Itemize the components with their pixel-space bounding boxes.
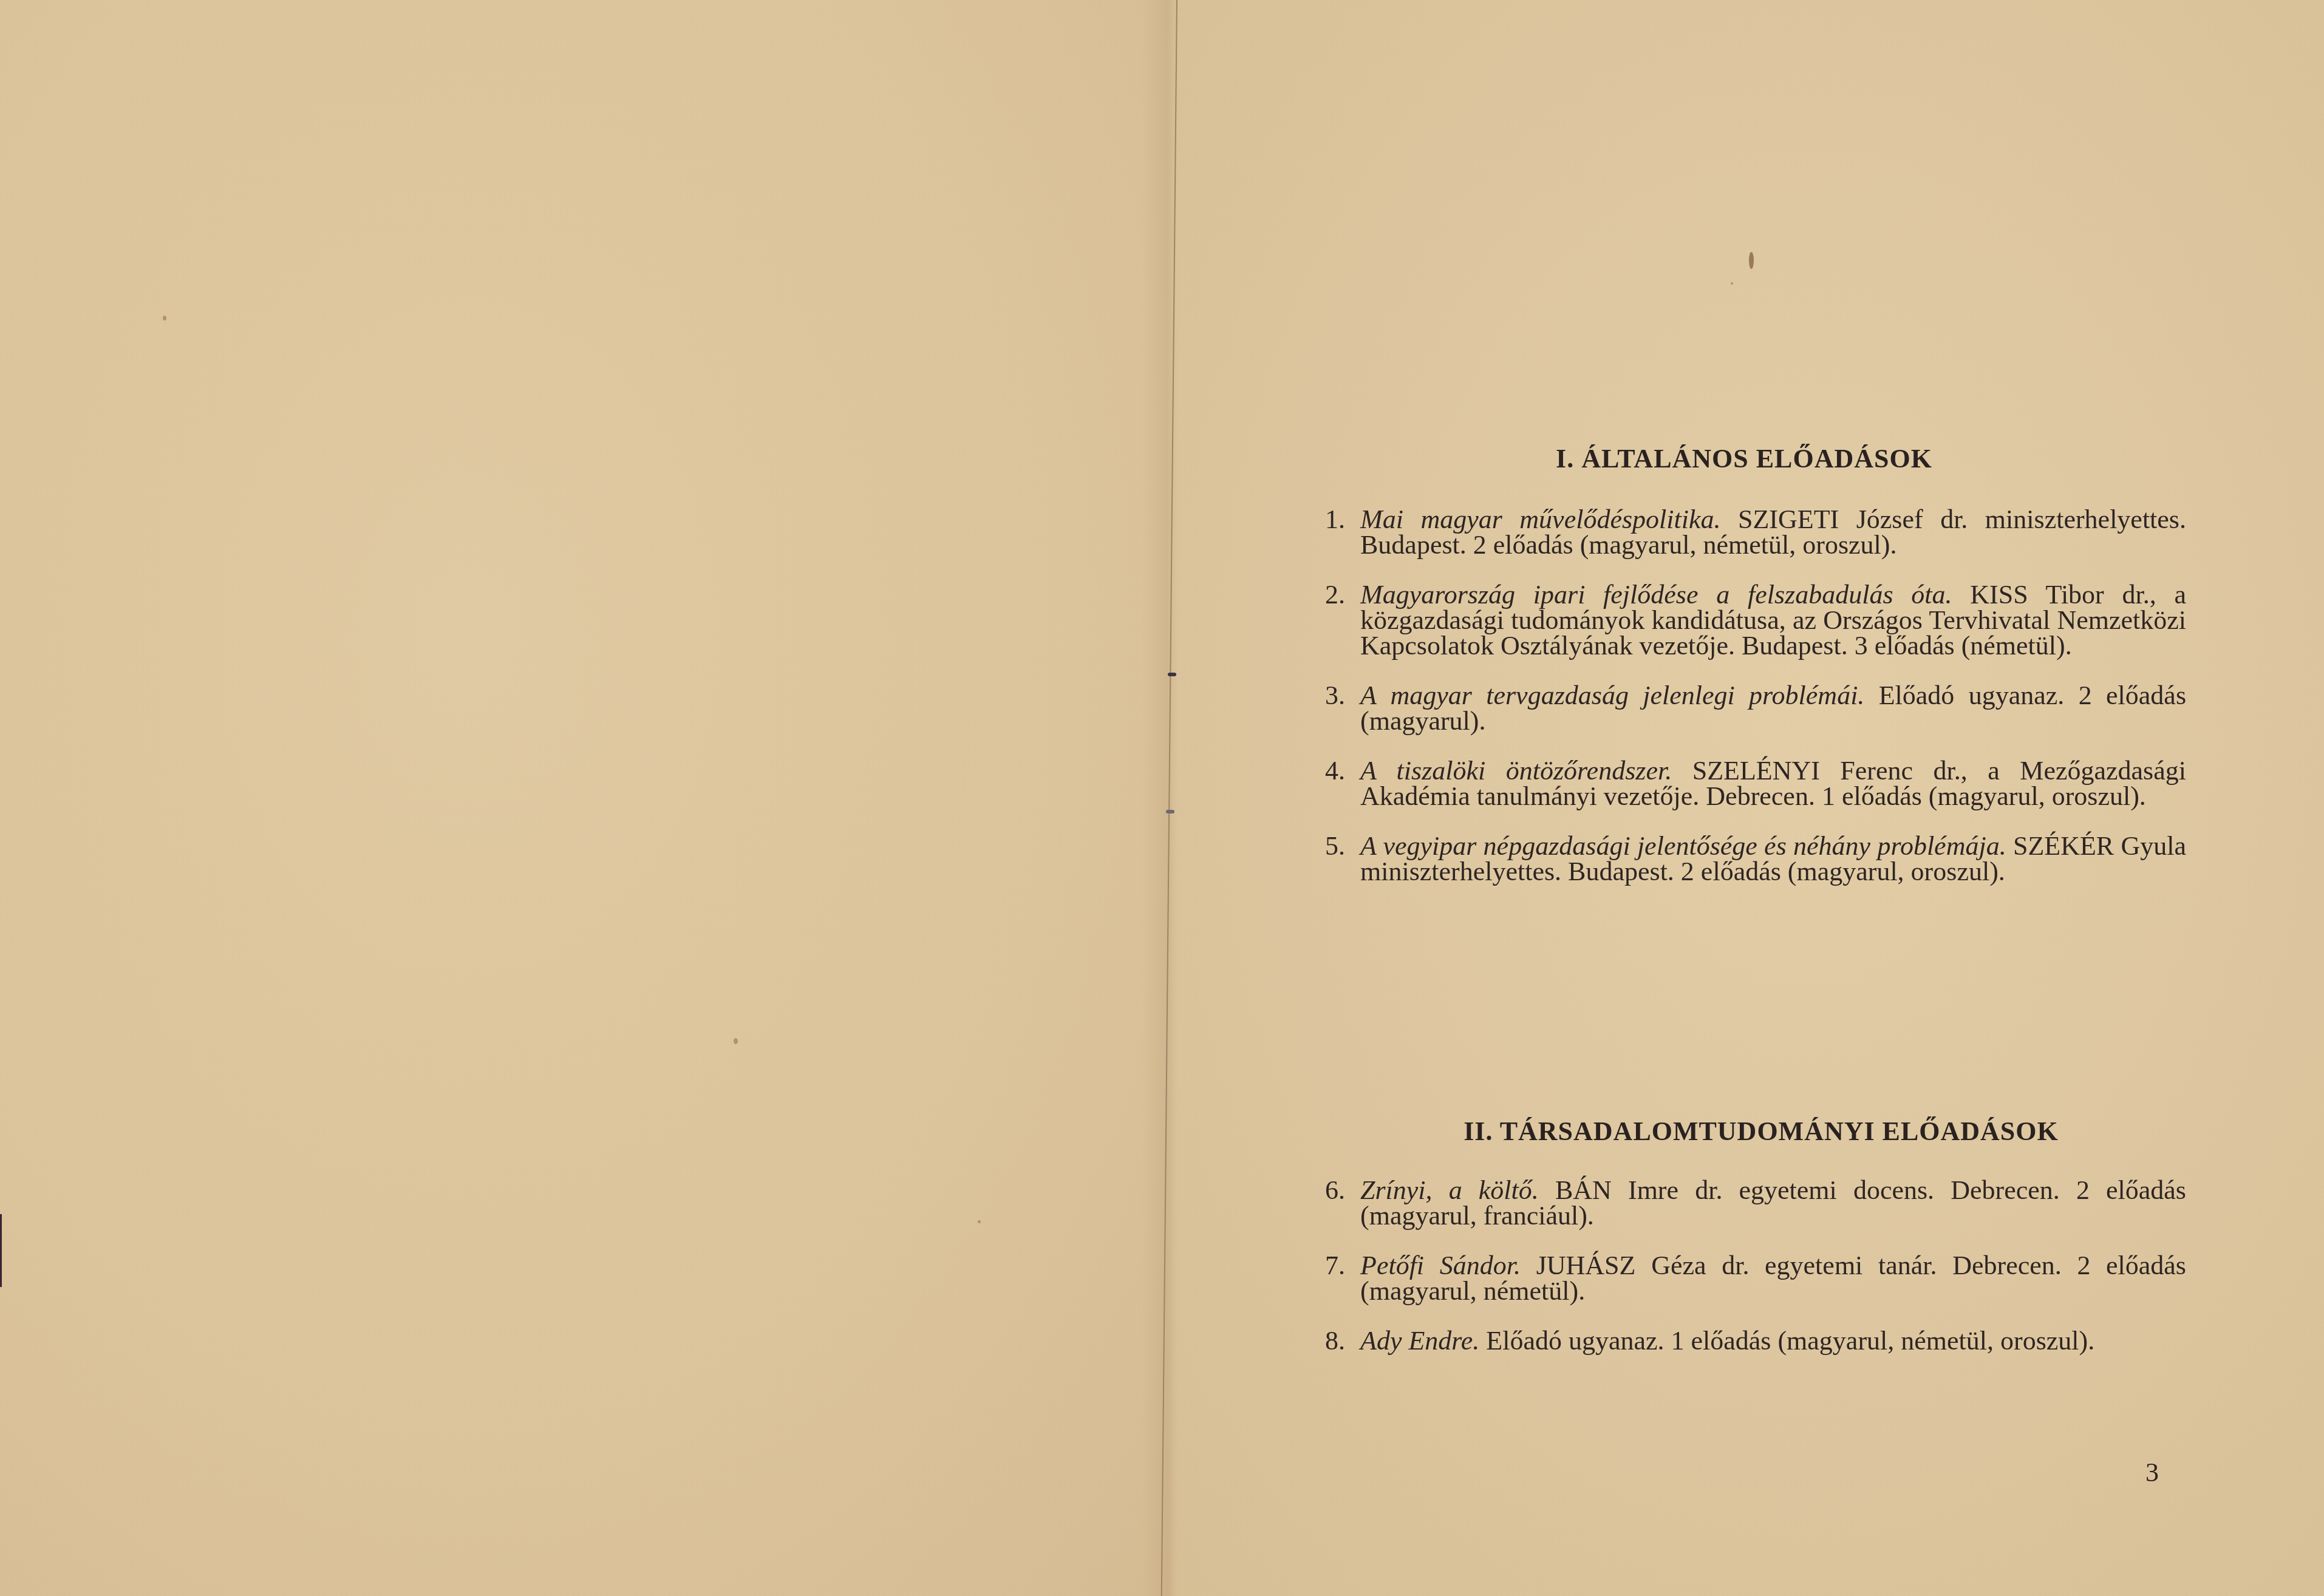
paper-speck	[1731, 282, 1733, 285]
lecture-item: 7.Petőfi Sándor. JUHÁSZ Géza dr. egyetem…	[1312, 1253, 2186, 1304]
spine-shadow	[1142, 0, 1178, 1596]
staple-icon	[1168, 673, 1176, 676]
lecture-list-social-science: 6.Zrínyi, a költő. BÁN Imre dr. egyetemi…	[1312, 1178, 2186, 1378]
item-number: 7.	[1325, 1253, 1345, 1278]
page-number: 3	[2145, 1457, 2159, 1488]
lecture-item: 2.Magyarország ipari fejlődése a felszab…	[1312, 582, 2186, 659]
lecture-item: 4.A tiszalöki öntözőrendszer. SZELÉNYI F…	[1312, 758, 2186, 809]
staple-icon	[1166, 810, 1174, 813]
item-number: 5.	[1325, 834, 1345, 859]
booklet-spread: I. ÁLTALÁNOS ELŐADÁSOK 1.Mai magyar műve…	[0, 0, 2324, 1596]
paper-speck	[1749, 252, 1754, 269]
paper-speck	[163, 316, 166, 321]
left-page-blank	[0, 0, 1172, 1596]
lecture-item: 6.Zrínyi, a költő. BÁN Imre dr. egyetemi…	[1312, 1178, 2186, 1229]
item-number: 2.	[1325, 582, 1345, 608]
lecture-item: 8.Ady Endre. Előadó ugyanaz. 1 előadás (…	[1312, 1328, 2186, 1354]
item-number: 8.	[1325, 1328, 1345, 1354]
edge-mark	[0, 1214, 2, 1287]
item-number: 1.	[1325, 507, 1345, 532]
lecture-item: 3.A magyar tervgazdaság jelenlegi problé…	[1312, 683, 2186, 734]
section-heading-social-science-lectures: II. TÁRSADALOMTUDOMÁNYI ELŐADÁSOK	[1324, 1116, 2198, 1147]
lecture-details: Előadó ugyanaz. 1 előadás (magyarul, ném…	[1479, 1326, 2094, 1356]
lecture-item: 1.Mai magyar művelődéspolitika. SZIGETI …	[1312, 507, 2186, 558]
section-heading-general-lectures: I. ÁLTALÁNOS ELŐADÁSOK	[1307, 443, 2181, 474]
lecture-item: 5.A vegyipar népgazdasági jelentősége és…	[1312, 834, 2186, 885]
item-number: 6.	[1325, 1178, 1345, 1203]
item-number: 4.	[1325, 758, 1345, 784]
paper-speck	[734, 1038, 738, 1044]
item-number: 3.	[1325, 683, 1345, 708]
paper-speck	[978, 1220, 981, 1223]
lecture-list-general: 1.Mai magyar művelődéspolitika. SZIGETI …	[1312, 507, 2186, 909]
lecture-title: Ady Endre.	[1360, 1326, 1479, 1356]
